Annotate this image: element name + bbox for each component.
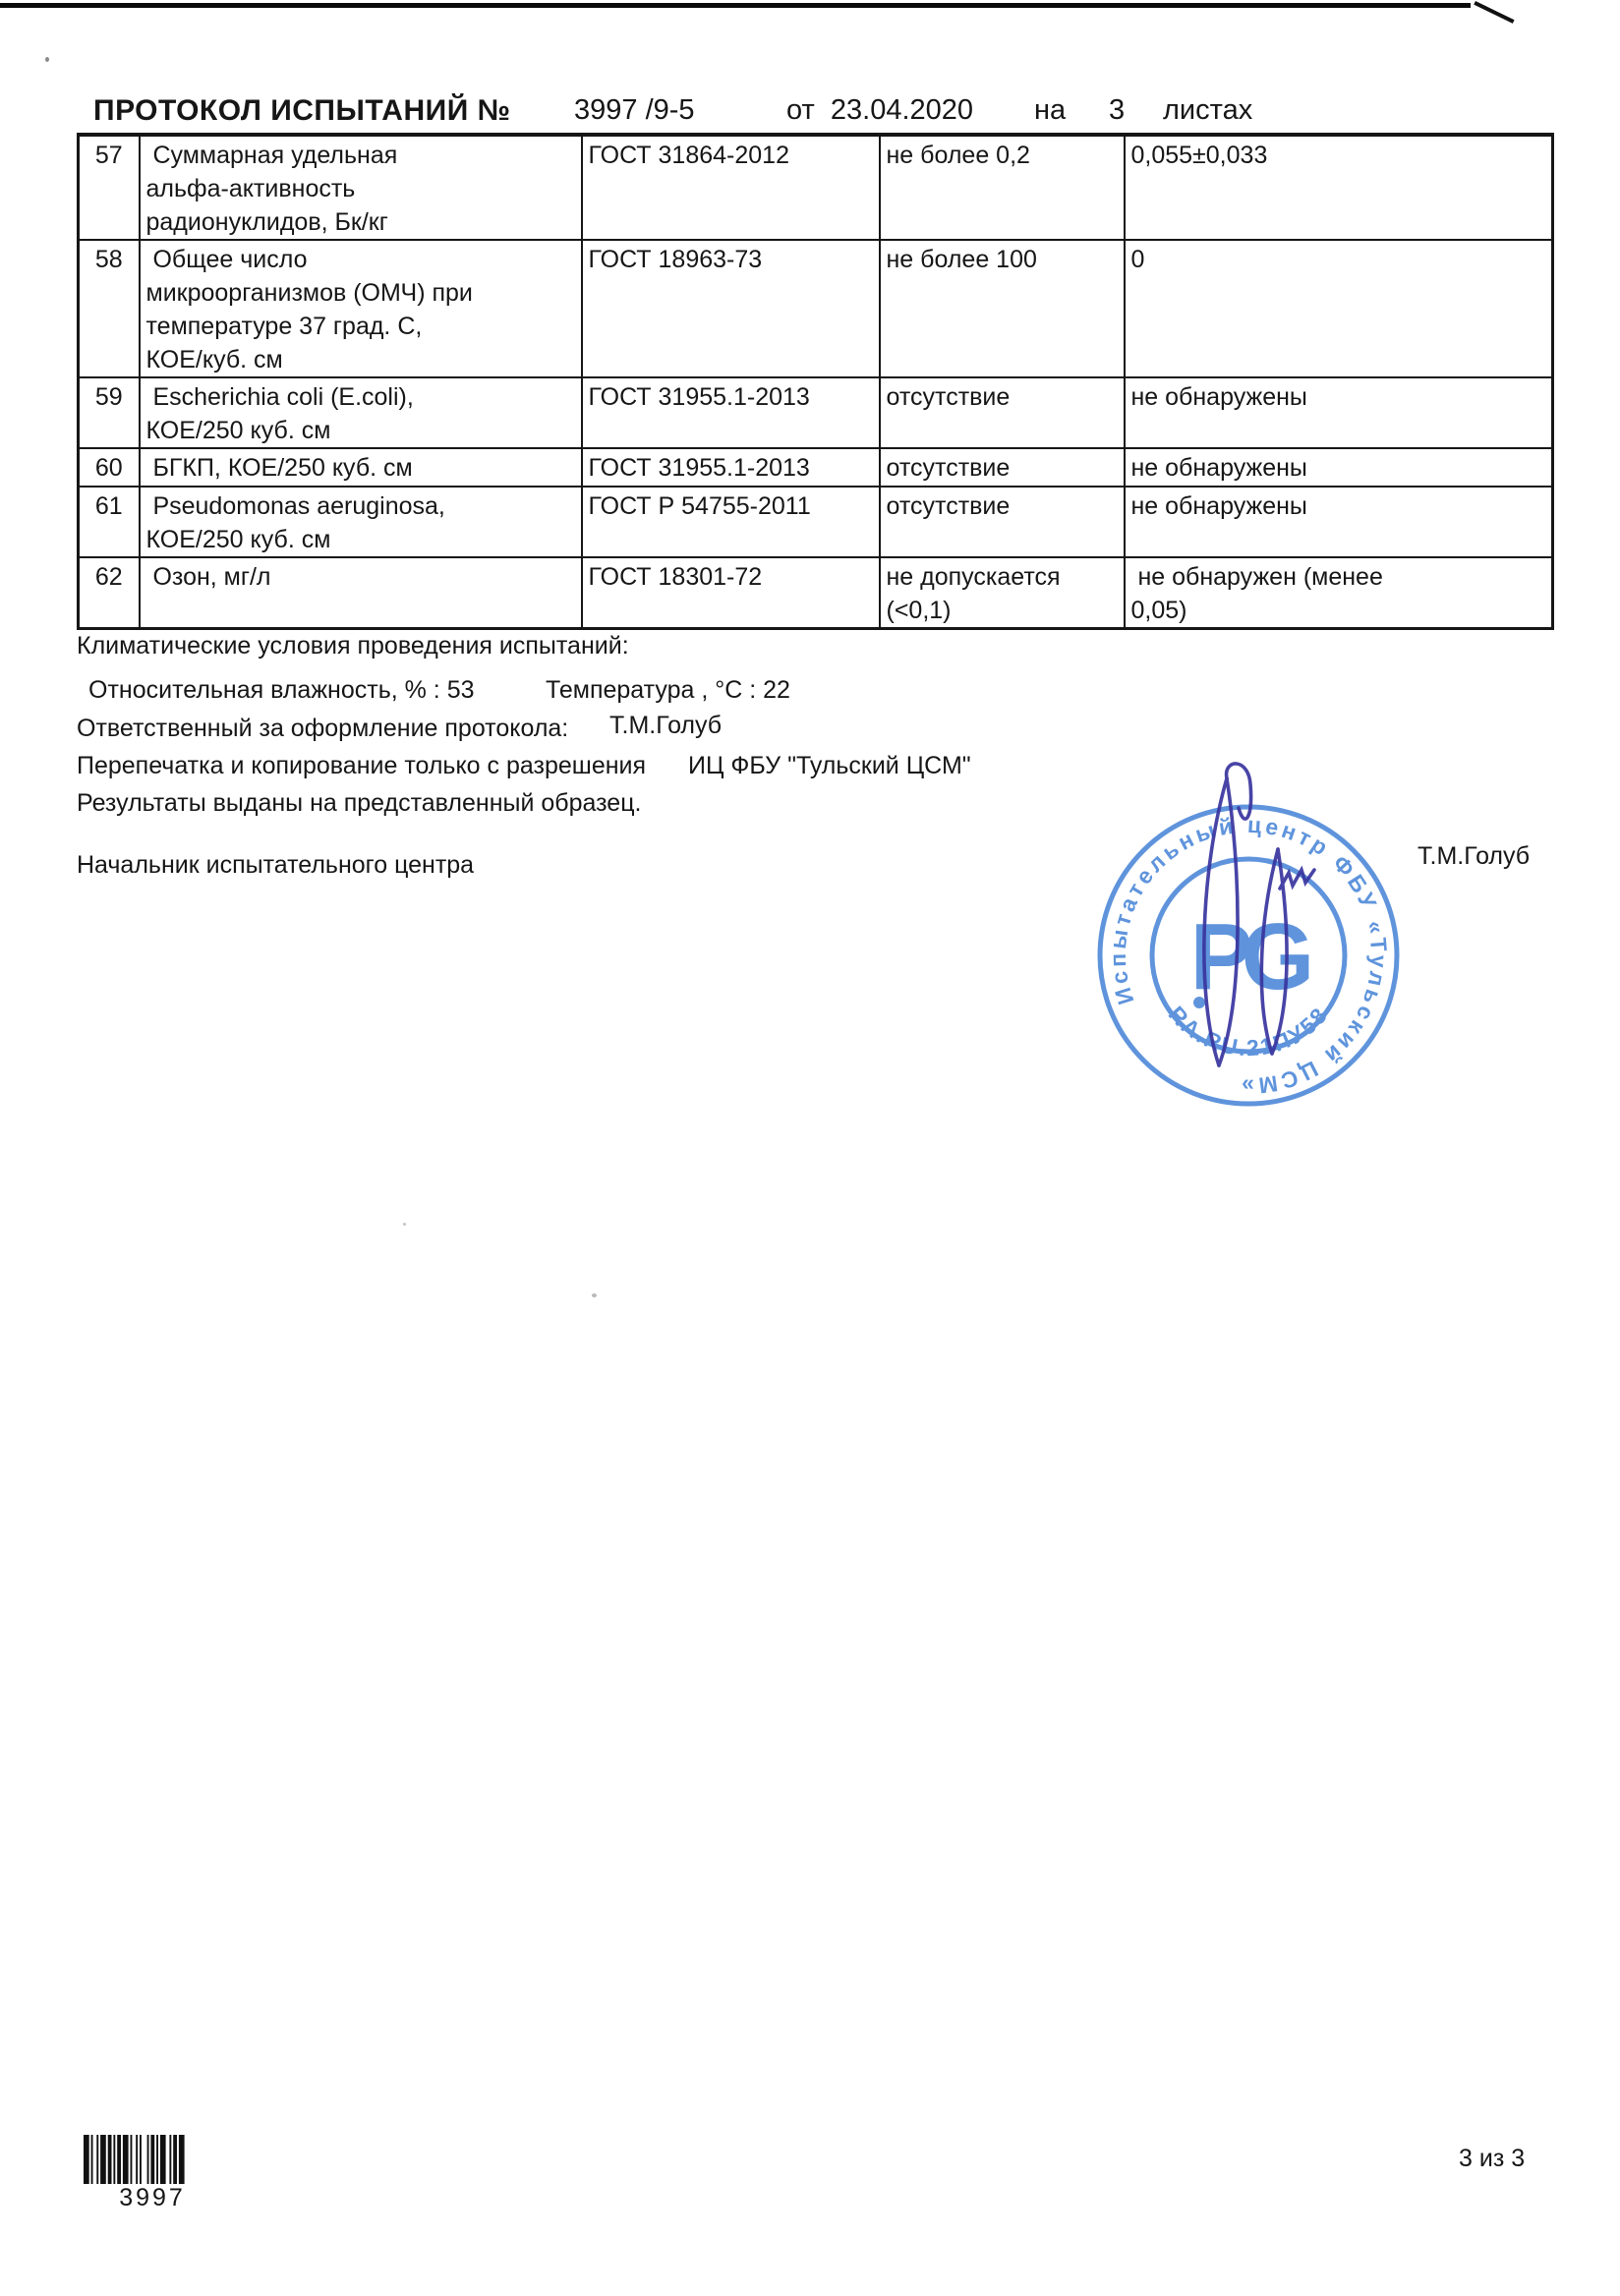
page-indicator: 3 из 3	[1459, 2145, 1525, 2173]
temperature-line: Температура , °С : 22	[546, 676, 790, 705]
barcode-icon	[84, 2135, 221, 2184]
row-result: 0	[1125, 240, 1553, 377]
row-result: 0,055±0,033	[1125, 135, 1553, 240]
responsible-name: Т.М.Голуб	[609, 712, 722, 740]
sheets-count: 3	[1109, 94, 1125, 127]
row-number: 61	[79, 487, 140, 557]
row-number: 60	[79, 448, 140, 487]
table-row: 57 Суммарная удельная альфа-активность р…	[79, 135, 1553, 240]
row-indicator: Pseudomonas aeruginosa, КОЕ/250 куб. см	[140, 487, 582, 557]
head-of-center-label: Начальник испытательного центра	[77, 851, 474, 880]
table-row: 60 БГКП, КОЕ/250 куб. см ГОСТ 31955.1-20…	[79, 448, 1553, 487]
stamp-center-monogram-icon: РG	[1190, 904, 1309, 1009]
table-row: 61 Pseudomonas aeruginosa, КОЕ/250 куб. …	[79, 487, 1553, 557]
results-table: 57 Суммарная удельная альфа-активность р…	[77, 133, 1554, 630]
row-result: не обнаружены	[1125, 487, 1553, 557]
row-norm: не более 100	[880, 240, 1125, 377]
row-norm: отсутствие	[880, 448, 1125, 487]
row-result: не обнаружен (менее 0,05)	[1125, 557, 1553, 629]
row-number: 58	[79, 240, 140, 377]
humidity-line: Относительная влажность, % : 53	[88, 676, 475, 705]
temperature-value: 22	[763, 676, 790, 704]
row-norm: отсутствие	[880, 487, 1125, 557]
protocol-number: 3997 /9-5	[574, 94, 695, 127]
row-indicator: Озон, мг/л	[140, 557, 582, 629]
scan-speck	[592, 1293, 597, 1297]
row-indicator: Суммарная удельная альфа-активность ради…	[140, 135, 582, 240]
row-result: не обнаружены	[1125, 377, 1553, 448]
row-method: ГОСТ 31955.1-2013	[582, 448, 880, 487]
row-indicator: БГКП, КОЕ/250 куб. см	[140, 448, 582, 487]
scan-speck	[45, 57, 49, 62]
temperature-label: Температура , °С :	[546, 676, 756, 704]
row-norm: не более 0,2	[880, 135, 1125, 240]
sheets-label: листах	[1163, 94, 1252, 127]
row-method: ГОСТ Р 54755-2011	[582, 487, 880, 557]
copy-org: ИЦ ФБУ "Тульский ЦСМ"	[688, 752, 971, 780]
scan-edge-artifact	[0, 3, 1471, 8]
row-result: не обнаружены	[1125, 448, 1553, 487]
row-indicator: Escherichia coli (E.coli), КОЕ/250 куб. …	[140, 377, 582, 448]
row-norm: не допускается (<0,1)	[880, 557, 1125, 629]
row-norm: отсутствие	[880, 377, 1125, 448]
table-row: 59 Escherichia coli (E.coli), КОЕ/250 ку…	[79, 377, 1553, 448]
protocol-title: ПРОТОКОЛ ИСПЫТАНИЙ №	[93, 94, 511, 128]
table-row: 62 Озон, мг/л ГОСТ 18301-72 не допускает…	[79, 557, 1553, 629]
row-number: 62	[79, 557, 140, 629]
stamp-center-dot	[1193, 997, 1205, 1008]
copy-notice: Перепечатка и копирование только с разре…	[77, 752, 646, 780]
humidity-value: 53	[447, 676, 475, 704]
protocol-date: от 23.04.2020	[786, 94, 973, 127]
stamp-ink: Испытательный центр ФБУ «Тульский ЦСМ» R…	[1061, 768, 1435, 1142]
row-method: ГОСТ 18963-73	[582, 240, 880, 377]
stamp-svg: Испытательный центр ФБУ «Тульский ЦСМ» R…	[1050, 757, 1512, 1150]
barcode-number: 3997	[84, 2184, 221, 2212]
row-method: ГОСТ 18301-72	[582, 557, 880, 629]
responsible-label: Ответственный за оформление протокола:	[77, 715, 568, 743]
humidity-label: Относительная влажность, % :	[88, 676, 440, 704]
official-stamp: Испытательный центр ФБУ «Тульский ЦСМ» R…	[1050, 757, 1512, 1150]
table-row: 58 Общее число микроорганизмов (ОМЧ) при…	[79, 240, 1553, 377]
scan-corner-artifact	[1474, 1, 1514, 24]
scan-speck	[403, 1223, 406, 1226]
row-number: 57	[79, 135, 140, 240]
sheets-on-label: на	[1034, 94, 1066, 127]
row-number: 59	[79, 377, 140, 448]
row-method: ГОСТ 31955.1-2013	[582, 377, 880, 448]
stamp-accreditation-code: RA.RU.21ПУ58	[1164, 1002, 1334, 1062]
conditions-heading: Климатические условия проведения испытан…	[77, 632, 629, 660]
row-method: ГОСТ 31864-2012	[582, 135, 880, 240]
barcode-bars	[84, 2135, 221, 2184]
scanned-protocol-page: ПРОТОКОЛ ИСПЫТАНИЙ № 3997 /9-5 от 23.04.…	[0, 0, 1620, 2296]
results-note: Результаты выданы на представленный обра…	[77, 789, 641, 818]
row-indicator: Общее число микроорганизмов (ОМЧ) при те…	[140, 240, 582, 377]
